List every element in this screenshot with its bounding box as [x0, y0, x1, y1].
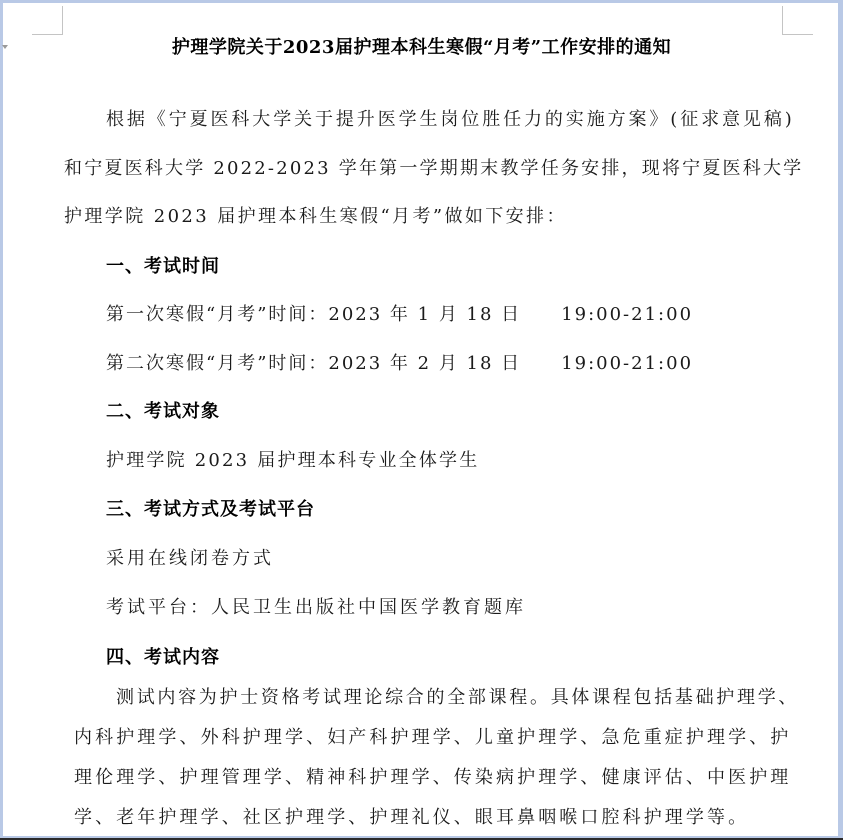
exam-content-line-3: 理伦理学、护理管理学、精神科护理学、传染病护理学、健康评估、中医护理: [74, 766, 791, 790]
exam-time-item-1-label: 第一次寒假“月考”时间：2023 年 1 月 18 日: [106, 304, 521, 325]
intro-line-2: 和宁夏医科大学 2022-2023 学年第一学期期末教学任务安排，现将宁夏医科大…: [64, 157, 803, 181]
exam-time-item-1-time: 19:00-21:00: [561, 304, 693, 325]
page-frame-right: [838, 0, 843, 840]
exam-target-text: 护理学院 2023 届护理本科专业全体学生: [106, 449, 479, 473]
margin-mark-top-left: [32, 34, 63, 35]
exam-content-line-1: 测试内容为护士资格考试理论综合的全部课程。具体课程包括基础护理学、: [116, 686, 799, 710]
document-title: 护理学院关于2023届护理本科生寒假“月考”工作安排的通知: [0, 36, 843, 60]
margin-mark-top-right: [782, 6, 783, 35]
exam-content-line-4: 学、老年护理学、社区护理学、护理礼仪、眼耳鼻咽喉口腔科护理学等。: [74, 806, 749, 830]
section-heading-exam-content: 四、考试内容: [106, 646, 220, 670]
exam-time-item-2-label: 第二次寒假“月考”时间：2023 年 2 月 18 日: [106, 353, 521, 374]
exam-time-item-1: 第一次寒假“月考”时间：2023 年 1 月 18 日19:00-21:00: [106, 303, 693, 327]
section-heading-exam-target: 二、考试对象: [106, 400, 220, 424]
intro-line-3: 护理学院 2023 届护理本科生寒假“月考”做如下安排：: [64, 205, 567, 229]
intro-line-1: 根据《宁夏医科大学关于提升医学生岗位胜任力的实施方案》(征求意见稿): [106, 108, 795, 132]
exam-content-line-2: 内科护理学、外科护理学、妇产科护理学、儿童护理学、急危重症护理学、护: [74, 726, 791, 750]
margin-mark-top-left: [62, 6, 63, 35]
margin-mark-top-right: [782, 34, 813, 35]
exam-platform-text: 考试平台：人民卫生出版社中国医学教育题库: [106, 596, 526, 620]
section-heading-exam-method: 三、考试方式及考试平台: [106, 498, 315, 522]
exam-time-item-2: 第二次寒假“月考”时间：2023 年 2 月 18 日19:00-21:00: [106, 352, 693, 376]
page-frame-top: [0, 0, 843, 3]
page-frame-left: [0, 0, 3, 840]
exam-time-item-2-time: 19:00-21:00: [561, 353, 693, 374]
exam-method-text: 采用在线闭卷方式: [106, 547, 274, 571]
section-heading-exam-time: 一、考试时间: [106, 255, 220, 279]
